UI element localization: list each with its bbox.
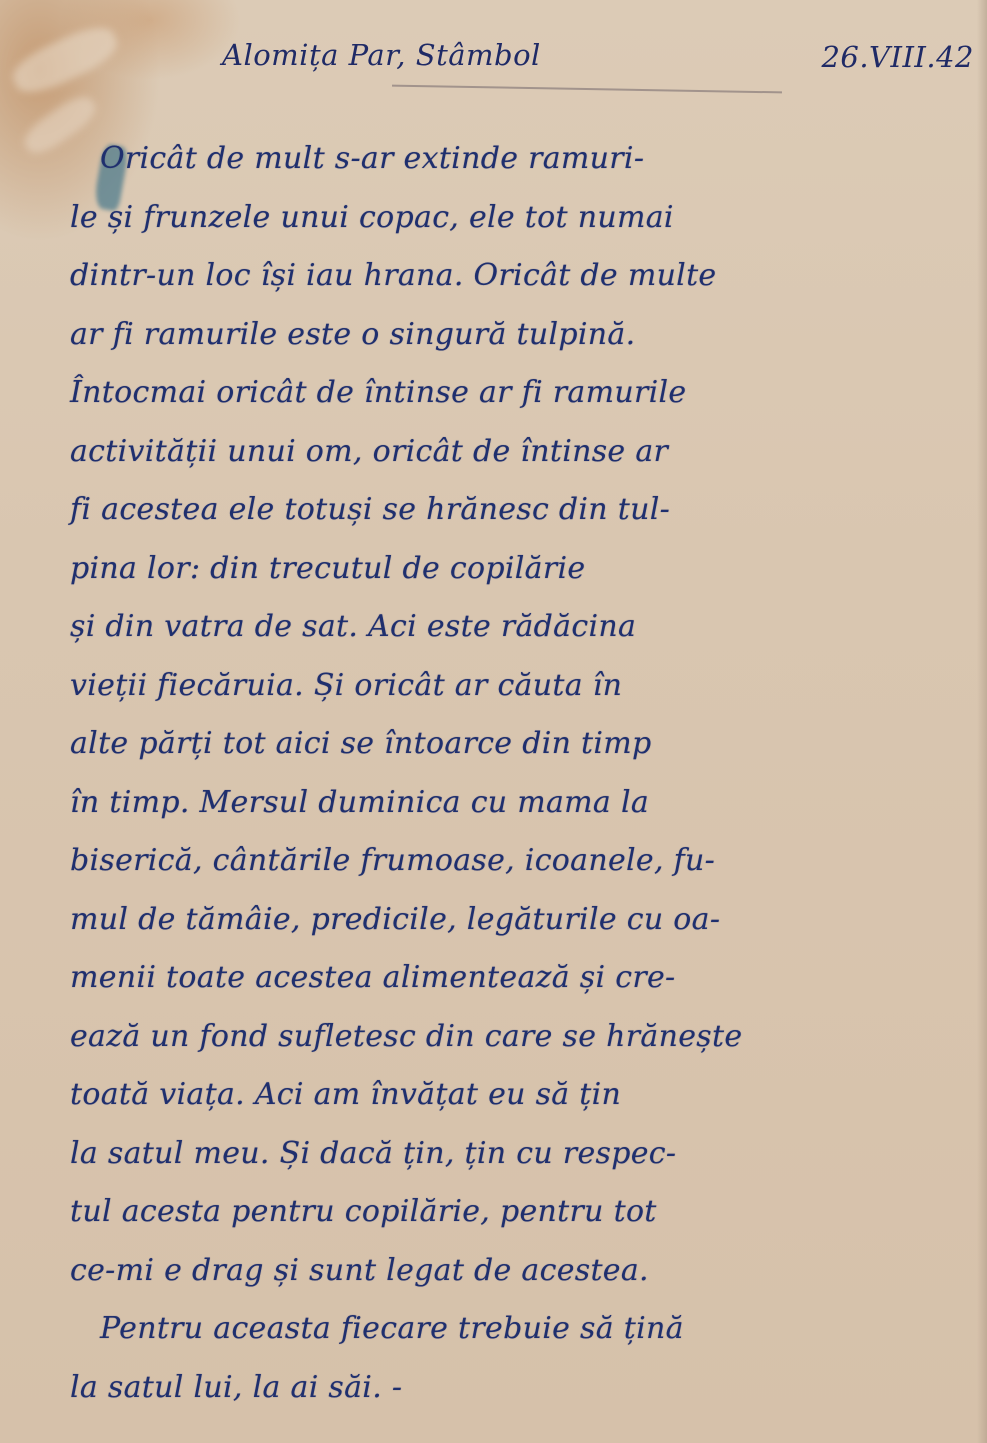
- text-line: fi acestea ele totuși se hrănesc din tul…: [70, 481, 970, 540]
- header-underline: [392, 85, 782, 94]
- text-line: dintr-un loc își iau hrana. Oricât de mu…: [70, 247, 970, 306]
- text-line: ează un fond sufletesc din care se hrăne…: [70, 1008, 970, 1067]
- text-line: menii toate acestea alimentează și cre-: [70, 949, 970, 1008]
- water-stain: [7, 19, 124, 102]
- text-line: activității unui om, oricât de întinse a…: [70, 423, 970, 482]
- letter-header: Alomița Par, Stâmbol 26.VIII.42: [222, 38, 982, 98]
- text-line: biserică, cântările frumoase, icoanele, …: [70, 832, 970, 891]
- text-line: la satul meu. Și dacă țin, țin cu respec…: [70, 1125, 970, 1184]
- paper-edge-shadow: [977, 0, 987, 1443]
- text-line: Întocmai oricât de întinse ar fi ramuril…: [70, 364, 970, 423]
- text-line: ar fi ramurile este o singură tulpină.: [70, 306, 970, 365]
- letter-body: Oricât de mult s-ar extinde ramuri- le ș…: [70, 130, 970, 1417]
- text-line: mul de tămâie, predicile, legăturile cu …: [70, 891, 970, 950]
- text-line: toată viața. Aci am învățat eu să țin: [70, 1066, 970, 1125]
- text-line: le și frunzele unui copac, ele tot numai: [70, 189, 970, 248]
- text-line: vieții fiecăruia. Și oricât ar căuta în: [70, 657, 970, 716]
- text-line: pina lor: din trecutul de copilărie: [70, 540, 970, 599]
- text-line: la satul lui, la ai săi. -: [70, 1359, 970, 1418]
- letter-place: Alomița Par, Stâmbol: [222, 38, 541, 72]
- text-line: și din vatra de sat. Aci este rădăcina: [70, 598, 970, 657]
- text-line: tul acesta pentru copilărie, pentru tot: [70, 1183, 970, 1242]
- letter-page: Alomița Par, Stâmbol 26.VIII.42 Oricât d…: [0, 0, 987, 1443]
- text-line: Pentru aceasta fiecare trebuie să țină: [70, 1300, 970, 1359]
- letter-date: 26.VIII.42: [821, 40, 974, 74]
- text-line: ce-mi e drag și sunt legat de acestea.: [70, 1242, 970, 1301]
- text-line: alte părți tot aici se întoarce din timp: [70, 715, 970, 774]
- text-line: Oricât de mult s-ar extinde ramuri-: [70, 130, 970, 189]
- text-line: în timp. Mersul duminica cu mama la: [70, 774, 970, 833]
